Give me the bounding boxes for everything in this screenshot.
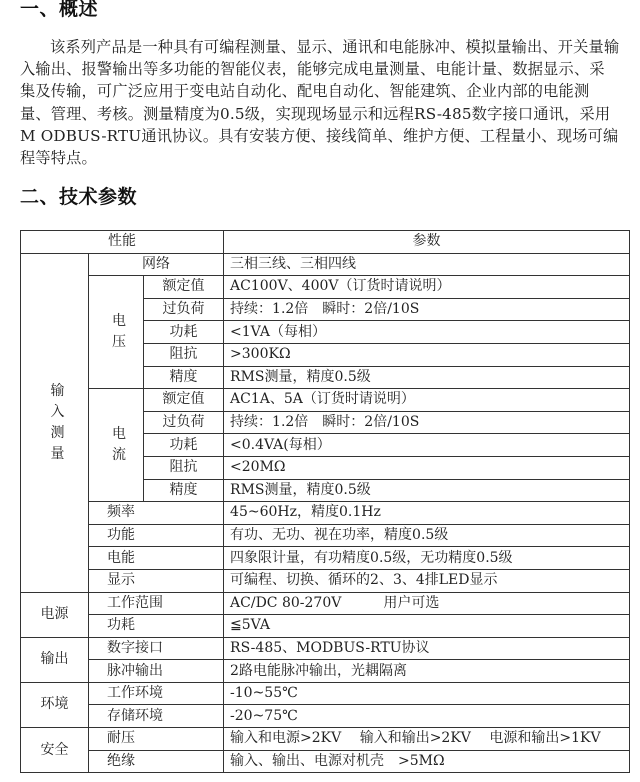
table-row: 安全 耐压 输入和电源>2KV 输入和输出>2KV 电源和输出>1KV [21,728,630,751]
row-value: 2路电能脉冲输出，光耦隔离 [224,660,630,683]
row-label: 功耗 [89,615,224,638]
group-safety: 安全 [21,728,89,773]
row-value: 持续：1.2倍 瞬时：2倍/10S [224,411,630,434]
row-value: 可编程、切换、循环的2、3、4排LED显示 [224,569,630,592]
row-value: -20~75℃ [224,705,630,728]
row-value: 45~60Hz，精度0.1Hz [224,502,630,525]
table-row: 存储环境 -20~75℃ [21,705,630,728]
row-label: 精度 [144,479,224,502]
table-row: 电能 四象限计量，有功精度0.5级，无功精度0.5级 [21,547,630,570]
row-value: AC/DC 80-270V 用户可选 [224,592,630,615]
row-label: 频率 [89,502,224,525]
row-value: 输入和电源>2KV 输入和输出>2KV 电源和输出>1KV [224,728,630,751]
row-value: <1VA（每相） [224,321,630,344]
table-row: 功能 有功、无功、视在功率，精度0.5级 [21,524,630,547]
group-environment: 环境 [21,682,89,727]
row-value: AC100V、400V（订货时请说明） [224,276,630,299]
tech-params-table: 性能 参数 输入测量 网络 三相三线、三相四线 电压 额定值 AC100V、40… [20,230,630,773]
table-row: 绝缘 输入、输出、电源对机壳 >5MΩ [21,750,630,773]
row-label: 显示 [89,569,224,592]
table-row: 频率 45~60Hz，精度0.1Hz [21,502,630,525]
row-value: <20MΩ [224,456,630,479]
table-row: 显示 可编程、切换、循环的2、3、4排LED显示 [21,569,630,592]
row-value: ≦5VA [224,615,630,638]
row-label: 网络 [89,253,224,276]
group-voltage: 电压 [89,276,144,389]
overview-paragraph: 该系列产品是一种具有可编程测量、显示、通讯和电能脉冲、模拟量输出、开关量输入输出… [20,36,620,169]
row-label: 额定值 [144,276,224,299]
header-parameters: 参数 [224,231,630,254]
row-label: 精度 [144,366,224,389]
row-label: 耐压 [89,728,224,751]
group-input-measurement: 输入测量 [21,253,89,592]
table-header-row: 性能 参数 [21,231,630,254]
row-value: >300KΩ [224,343,630,366]
row-label: 阻抗 [144,456,224,479]
row-label: 脉冲输出 [89,660,224,683]
header-performance: 性能 [21,231,224,254]
table-row: 输出 数字接口 RS-485、MODBUS-RTU协议 [21,637,630,660]
row-label: 工作环境 [89,682,224,705]
row-label: 数字接口 [89,637,224,660]
row-label: 额定值 [144,389,224,412]
table-row: 脉冲输出 2路电能脉冲输出，光耦隔离 [21,660,630,683]
row-value: 四象限计量，有功精度0.5级，无功精度0.5级 [224,547,630,570]
row-label: 电能 [89,547,224,570]
table-row: 电流 额定值 AC1A、5A（订货时请说明） [21,389,630,412]
row-label: 存储环境 [89,705,224,728]
row-label: 工作范围 [89,592,224,615]
row-label: 功耗 [144,321,224,344]
row-value: RS-485、MODBUS-RTU协议 [224,637,630,660]
row-label: 阻抗 [144,343,224,366]
table-row: 电源 工作范围 AC/DC 80-270V 用户可选 [21,592,630,615]
row-label: 功耗 [144,434,224,457]
group-power-supply: 电源 [21,592,89,637]
row-value: RMS测量，精度0.5级 [224,479,630,502]
table-row: 功耗 ≦5VA [21,615,630,638]
row-label: 过负荷 [144,298,224,321]
table-row: 电压 额定值 AC100V、400V（订货时请说明） [21,276,630,299]
table-row: 输入测量 网络 三相三线、三相四线 [21,253,630,276]
row-value: 三相三线、三相四线 [224,253,630,276]
row-value: -10~55℃ [224,682,630,705]
group-output: 输出 [21,637,89,682]
row-value: RMS测量，精度0.5级 [224,366,630,389]
row-value: 输入、输出、电源对机壳 >5MΩ [224,750,630,773]
row-value: 持续：1.2倍 瞬时：2倍/10S [224,298,630,321]
row-label: 绝缘 [89,750,224,773]
row-value: <0.4VA(每相） [224,434,630,457]
group-current: 电流 [89,389,144,502]
section-title-overview: 一、概述 [20,0,98,21]
row-label: 功能 [89,524,224,547]
section-title-tech-params: 二、技术参数 [20,182,137,209]
row-value: AC1A、5A（订货时请说明） [224,389,630,412]
row-label: 过负荷 [144,411,224,434]
row-value: 有功、无功、视在功率，精度0.5级 [224,524,630,547]
table-row: 环境 工作环境 -10~55℃ [21,682,630,705]
